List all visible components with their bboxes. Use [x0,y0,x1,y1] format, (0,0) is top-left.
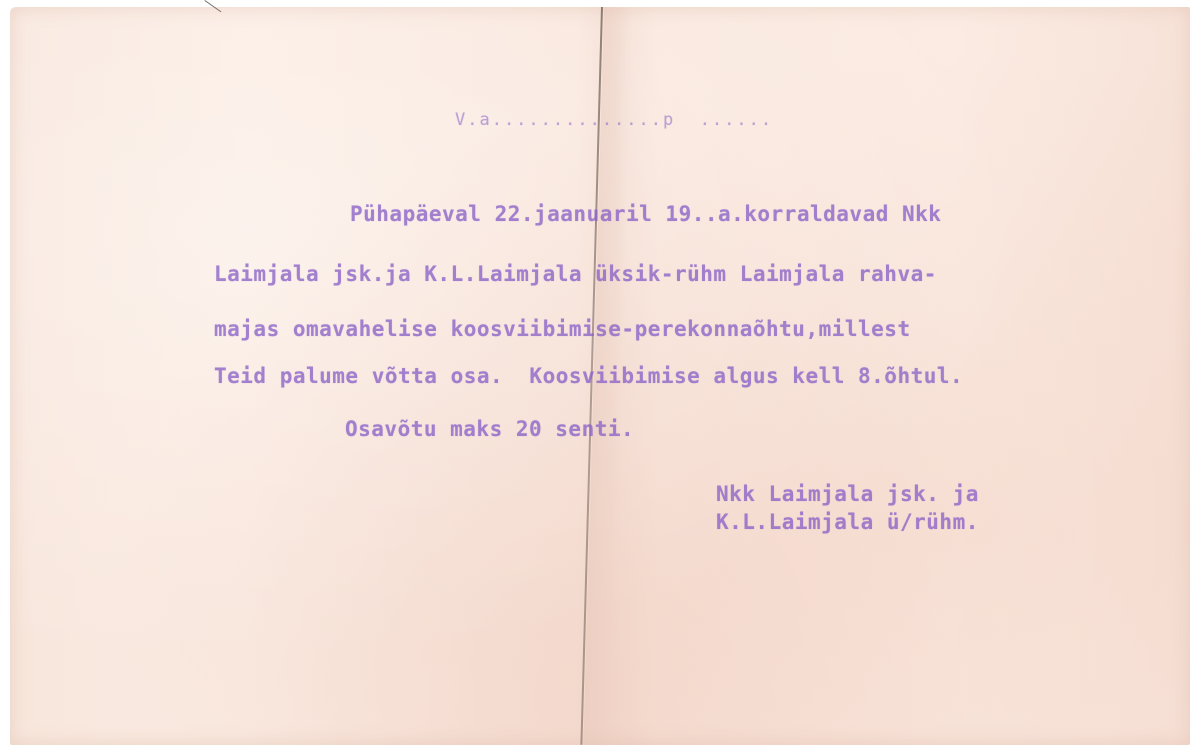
signature-line-1: Nkk Laimjala jsk. ja [716,482,979,506]
scanned-document: V.a..............p ...... Pühapäeval 22.… [0,0,1200,756]
body-line-2: Laimjala jsk.ja K.L.Laimjala üksik-rühm … [214,262,937,286]
body-line-4: Teid palume võtta osa. Koosviibimise alg… [214,364,963,388]
body-line-3: majas omavahelise koosviibimise-perekonn… [214,317,911,341]
address-line: V.a..............p ...... [455,110,773,130]
fee-line: Osavõtu maks 20 senti. [345,417,634,441]
signature-line-2: K.L.Laimjala ü/rühm. [716,510,979,534]
body-line-1: Pühapäeval 22.jaanuaril 19..a.korraldava… [350,202,941,226]
